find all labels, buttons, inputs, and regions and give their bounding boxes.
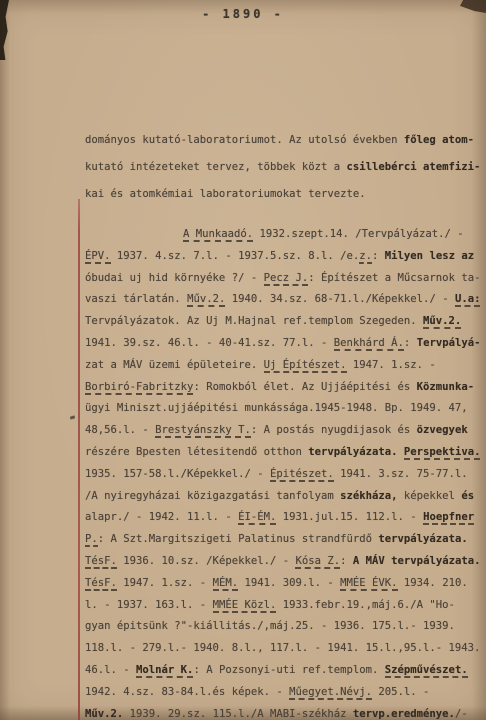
typed-line: /A nyiregyházai közigazgatási tanfolyam … (85, 486, 485, 508)
typed-line: 48,56.l. - Brestyánszky T.: A postás nyu… (85, 420, 485, 442)
text-segment: ÉI-ÉM. (238, 511, 276, 525)
text-segment: 1937. 4.sz. 7.l. - 1937.5.sz. 8.l. /e. (111, 250, 360, 262)
typed-line: 118.l. - 279.l.- 1940. 8.l., 117.l. - 19… (85, 638, 485, 660)
text-segment: kai és atomkémiai laboratoriumokat terve… (85, 188, 366, 200)
text-segment: /- (455, 708, 468, 720)
text-segment: Műv.2. (423, 315, 461, 329)
text-segment: Benkhárd Á. (334, 337, 404, 351)
text-segment: tervp.eredménye. (353, 708, 455, 720)
text-segment: székháza, (340, 490, 397, 502)
text-segment: Perspektiva. (404, 446, 481, 460)
text-segment: : Romokból élet. Az Ujjáépitési és (193, 381, 416, 393)
typed-line: ügyi Miniszt.ujjáépitési munkássága.1945… (85, 398, 485, 420)
typed-line: részére Bpesten létesitendő otthon tervp… (85, 442, 485, 464)
text-segment: Közmunka- (417, 381, 474, 393)
text-segment: 1932.szept.14. /Tervpályázat./ - (253, 228, 463, 240)
text-segment: : A postás nyugdijasok és (251, 424, 417, 436)
text-segment: 46.l. - (85, 664, 136, 676)
text-segment: Kósa Z. (295, 555, 340, 569)
text-segment: Uj Építészet. (264, 359, 347, 373)
text-segment: Brestyánszky T. (155, 424, 251, 438)
text-segment: TésF. (85, 577, 117, 591)
text-segment: 1947. 1.sz. - (347, 359, 436, 371)
text-segment: kutató intézeteket tervez, többek közt a (85, 161, 347, 173)
text-segment: zat a MÁV üzemi épületeire. (85, 359, 264, 371)
text-segment: : A Pozsonyi-uti ref.templom. (193, 664, 384, 676)
text-segment: MMÉE ÉVK. (340, 577, 397, 591)
text-segment: 1936. 10.sz. /Képekkel./ - (117, 555, 296, 567)
red-margin-ruler-line (78, 199, 80, 720)
text-segment: Milyen lesz az (385, 250, 474, 262)
typed-line: A Munkaadó. 1932.szept.14. /Tervpályázat… (85, 224, 485, 246)
typed-line: l. - 1937. 163.l. - MMÉE Közl. 1933.febr… (85, 595, 485, 617)
paragraph-atomic-labs: dományos kutató-laboratoriumot. Az utols… (85, 127, 485, 208)
text-segment (398, 446, 404, 458)
text-segment: Hoepfner (423, 511, 474, 525)
text-segment: 1935. 157-58.l./Képekkel./ - (85, 468, 270, 480)
text-segment: 48,56.l. - (85, 424, 155, 436)
text-segment: 205.l. - (372, 686, 429, 698)
text-segment: özvegyek (417, 424, 468, 436)
text-segment: óbudai uj hid környéke ?/ - (85, 272, 264, 284)
scanned-document-page: - 1890 - dományos kutató-laboratoriumot.… (0, 0, 486, 720)
typed-line: alapr./ - 1942. 11.l. - ÉI-ÉM. 1931.jul.… (85, 507, 485, 529)
text-segment: Épitészet. (270, 468, 334, 482)
text-segment: Műegyet.Névj. (289, 686, 372, 700)
typed-line: TésF. 1936. 10.sz. /Képekkel./ - Kósa Z.… (85, 551, 485, 573)
text-segment: Tervpályázatok. Az Uj M.Hajnal ref.templ… (85, 315, 423, 327)
text-segment: Pecz J. (264, 272, 309, 286)
body-text: dományos kutató-laboratoriumot. Az utols… (85, 127, 485, 720)
typed-line: óbudai uj hid környéke ?/ - Pecz J.: Épí… (85, 268, 485, 290)
text-segment: 1941. 39.sz. 46.l. - 40-41.sz. 77.l. - (85, 337, 334, 349)
text-segment: dományos kutató-laboratoriumot. Az utols… (85, 134, 404, 146)
text-segment: 1939. 29.sz. 115.l./A MABI-székház (123, 708, 353, 720)
typed-line: Borbiró-Fabritzky: Romokból élet. Az Ujj… (85, 377, 485, 399)
text-segment: 1941. 309.l. - (238, 577, 340, 589)
typed-line: gyan épitsünk ?"-kiállitás./,máj.25. - 1… (85, 616, 485, 638)
text-segment: tervpályázata. (308, 446, 397, 458)
typed-line: kai és atomkémiai laboratoriumokat terve… (85, 181, 485, 208)
text-segment: A Munkaadó. (183, 228, 253, 242)
typed-line: ÉPV. 1937. 4.sz. 7.l. - 1937.5.sz. 8.l. … (85, 246, 485, 268)
text-segment: 1934. 210. (398, 577, 468, 589)
text-segment: csillebérci atemfizi- (347, 161, 481, 173)
text-segment: TésF. (85, 555, 117, 569)
text-segment: : (404, 337, 417, 349)
text-segment: 118.l. - 279.l.- 1940. 8.l., 117.l. - 19… (85, 642, 480, 654)
text-segment: főleg atom- (404, 134, 474, 146)
text-segment: MMÉE Közl. (213, 599, 277, 613)
text-segment: Szépművészet. (385, 664, 468, 678)
text-segment: l. - 1937. 163.l. - (85, 599, 213, 611)
text-segment: tervpályázata. (378, 533, 467, 545)
text-segment: 1942. 4.sz. 83-84.l.és képek. - (85, 686, 289, 698)
text-segment: gyan épitsünk ?"-kiállitás./,máj.25. - 1… (85, 620, 455, 632)
text-segment: MÉM. (213, 577, 239, 591)
text-segment: 1941. 3.sz. 75-77.l. (334, 468, 468, 480)
typed-line: 1935. 157-58.l./Képekkel./ - Épitészet. … (85, 464, 485, 486)
text-segment: Műv.2. (85, 708, 123, 720)
text-segment: 1931.jul.15. 112.l. - (276, 511, 423, 523)
text-segment: képekkel (398, 490, 462, 502)
text-segment: P. (85, 533, 98, 547)
stray-ink-mark (70, 415, 76, 419)
text-segment: : A Szt.Margitszigeti Palatinus strandfü… (98, 533, 379, 545)
text-segment: vaszi tárlatán. (85, 293, 187, 305)
typed-line: TésF. 1947. 1.sz. - MÉM. 1941. 309.l. - … (85, 573, 485, 595)
text-segment: : (340, 555, 353, 567)
text-segment: : Építészet a Műcsarnok ta- (308, 272, 480, 284)
text-segment: ügyi Miniszt.ujjáépitési munkássága.1945… (85, 402, 468, 414)
typed-line: vaszi tárlatán. Műv.2. 1940. 34.sz. 68-7… (85, 289, 485, 311)
text-segment: A MÁV tervpályázata. (353, 555, 481, 567)
text-segment: 1940. 34.sz. 68-71.l./Képekkel./ - (225, 293, 455, 305)
text-segment: 1947. 1.sz. - (117, 577, 213, 589)
typed-line: 46.l. - Molnár K.: A Pozsonyi-uti ref.te… (85, 660, 485, 682)
text-segment: részére Bpesten létesitendő otthon (85, 446, 308, 458)
text-segment: ÉPV. (85, 250, 111, 264)
text-segment: alapr./ - 1942. 11.l. - (85, 511, 238, 523)
text-segment: z. (359, 250, 372, 264)
text-segment: : (372, 250, 385, 262)
typed-line: Műv.2. 1939. 29.sz. 115.l./A MABI-székhá… (85, 704, 485, 720)
typed-line: P.: A Szt.Margitszigeti Palatinus strand… (85, 529, 485, 551)
text-segment: és (461, 490, 474, 502)
typed-line: 1941. 39.sz. 46.l. - 40-41.sz. 77.l. - B… (85, 333, 485, 355)
text-segment: Borbiró-Fabritzky (85, 381, 193, 395)
text-segment: /A nyiregyházai közigazgatási tanfolyam (85, 490, 340, 502)
text-segment: Molnár K. (136, 664, 193, 678)
page-number: - 1890 - (0, 7, 486, 21)
text-segment: U.a: (455, 293, 481, 307)
text-segment: Tervpályá- (417, 337, 481, 349)
text-segment: 1933.febr.19.,máj.6./A "Ho- (276, 599, 455, 611)
typed-line: kutató intézeteket tervez, többek közt a… (85, 154, 485, 181)
text-segment: Műv.2. (187, 293, 225, 307)
typed-line: 1942. 4.sz. 83-84.l.és képek. - Műegyet.… (85, 682, 485, 704)
typed-line: Tervpályázatok. Az Uj M.Hajnal ref.templ… (85, 311, 485, 333)
typed-line: dományos kutató-laboratoriumot. Az utols… (85, 127, 485, 154)
bibliography-entry-munkaado: A Munkaadó. 1932.szept.14. /Tervpályázat… (85, 224, 485, 720)
typed-line: zat a MÁV üzemi épületeire. Uj Építészet… (85, 355, 485, 377)
